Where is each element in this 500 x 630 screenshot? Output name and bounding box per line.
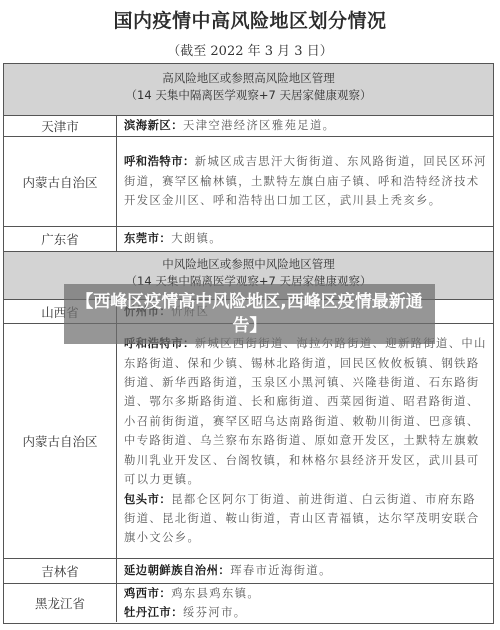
area-cell: 呼和浩特市：新城区西街街道、海拉尔路街道、迎新路街道、中山东路街道、保和少镇、锡… — [124, 324, 487, 558]
area-text: 绥芬河市。 — [183, 606, 247, 619]
area-text: 珲春市近海街道。 — [230, 564, 332, 577]
area-cell: 滨海新区：天津空港经济区雅苑足道。 — [124, 116, 487, 136]
city-label: 牡丹江市： — [124, 605, 183, 619]
province-cell: 天津市 — [4, 116, 117, 136]
area-cell: 东莞市：大朗镇。 — [124, 227, 487, 251]
table-row: 黑龙江省 鸡西市：鸡东县鸡东镇。 牡丹江市：绥芬河市。 — [4, 584, 493, 622]
city-label: 延边朝鲜族自治州： — [124, 563, 230, 577]
high-risk-header: 高风险地区或参照高风险地区管理 （14 天集中隔离医学观察+7 天居家健康观察） — [4, 64, 493, 116]
caption-text: 【西峰区疫情高中风险地区,西峰区疫情最新通告】 — [70, 290, 429, 338]
document-title: 国内疫情中高风险地区划分情况 — [0, 6, 500, 33]
caption-overlay: 【西峰区疫情高中风险地区,西峰区疫情最新通告】 — [64, 284, 435, 344]
province-cell: 广东省 — [4, 227, 117, 251]
province-cell: 吉林省 — [4, 559, 117, 583]
table-row: 天津市 滨海新区：天津空港经济区雅苑足道。 — [4, 116, 493, 137]
area-text: 昆都仑区阿尔丁街道、前进街道、白云街道、市府东路街道、昆北街道、鞍山街道，青山区… — [124, 493, 480, 545]
city-label: 鸡西市： — [124, 586, 171, 600]
province-cell: 内蒙古自治区 — [4, 324, 117, 558]
area-text: 鸡东县鸡东镇。 — [171, 587, 260, 600]
table-row: 广东省 东莞市：大朗镇。 — [4, 227, 493, 252]
table-row: 吉林省 延边朝鲜族自治州：珲春市近海街道。 — [4, 559, 493, 584]
area-text: 大朗镇。 — [171, 232, 222, 245]
area-text: 新城区西街街道、海拉尔路街道、迎新路街道、中山东路街道、保和少镇、锡林北路街道，… — [124, 337, 487, 486]
city-label: 东莞市： — [124, 231, 171, 245]
high-risk-subheading: （14 天集中隔离医学观察+7 天居家健康观察） — [4, 87, 493, 104]
city-label: 滨海新区： — [124, 118, 183, 132]
area-cell: 延边朝鲜族自治州：珲春市近海街道。 — [124, 559, 487, 583]
city-label: 包头市： — [124, 492, 171, 506]
province-cell: 黑龙江省 — [4, 584, 117, 622]
medium-risk-heading: 中风险地区或参照中风险地区管理 — [4, 256, 493, 273]
province-cell: 内蒙古自治区 — [4, 137, 117, 226]
high-risk-heading: 高风险地区或参照高风险地区管理 — [4, 70, 493, 87]
area-cell: 呼和浩特市：新城区成吉思汗大街街道、东风路街道，回民区环河街道，赛罕区榆林镇，土… — [124, 137, 487, 226]
area-cell: 鸡西市：鸡东县鸡东镇。 牡丹江市：绥芬河市。 — [124, 584, 487, 622]
city-label: 呼和浩特市： — [124, 154, 195, 168]
area-text: 天津空港经济区雅苑足道。 — [183, 119, 335, 132]
table-row: 内蒙古自治区 呼和浩特市：新城区西街街道、海拉尔路街道、迎新路街道、中山东路街道… — [4, 324, 493, 559]
table-row: 内蒙古自治区 呼和浩特市：新城区成吉思汗大街街道、东风路街道，回民区环河街道，赛… — [4, 137, 493, 227]
document-date: （截至 2022 年 3 月 3 日） — [0, 40, 500, 59]
